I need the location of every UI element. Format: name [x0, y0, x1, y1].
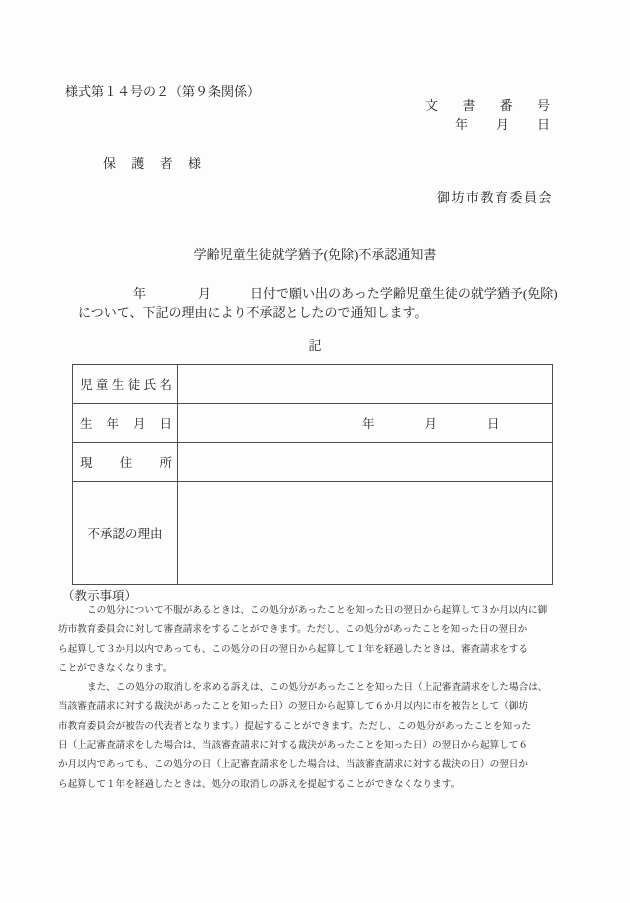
- document-date-line: 年月日: [455, 115, 550, 134]
- document-title: 学齢児童生徒就学猶予(免除)不承認通知書: [0, 244, 630, 263]
- field-label-student-name: 児童生徒氏名: [73, 365, 178, 404]
- body-line-1: 年 月 日付で願い出のあった学齢児童生徒の就学猶予(免除): [133, 283, 558, 302]
- record-marker: 記: [0, 335, 630, 354]
- table-row-reason: 不承認の理由: [73, 482, 553, 585]
- field-value-birthdate: 年 月 日: [178, 404, 553, 443]
- notes-p2-line: また、この処分の取消しを求める訴えは、この処分があったことを知った日（上記審査請…: [58, 678, 558, 697]
- table-row-student-name: 児童生徒氏名: [73, 365, 553, 404]
- document-page: 様式第１４号の２（第９条関係） 文書番号 年月日 保護者様 御坊市教育委員会 学…: [0, 0, 630, 903]
- form-number: 様式第１４号の２（第９条関係）: [65, 81, 260, 100]
- notes-p2-line: 日（上記審査請求をした場合は、当該審査請求に対する裁決があったことを知った日）の…: [58, 736, 558, 755]
- issuer-name: 御坊市教育委員会: [300, 187, 553, 206]
- field-label-birthdate: 生年月日: [73, 404, 178, 443]
- notes-block: この処分について不服があるときは、この処分があったことを知った日の翌日から起算し…: [58, 601, 558, 794]
- table-row-address: 現住所: [73, 443, 553, 482]
- document-number-block: 文書番号 年月日: [425, 96, 550, 134]
- body-line-2: について、下記の理由により不承認としたので通知します。: [78, 302, 427, 321]
- form-table: 児童生徒氏名 生年月日 年 月 日 現住所 不承認の理由: [72, 364, 553, 585]
- field-label-reason: 不承認の理由: [73, 482, 178, 585]
- notes-p1-line: 坊市教育委員会に対して審査請求をすることができます。ただし、この処分があったこと…: [58, 620, 558, 639]
- notes-p2-line: か月以内であっても、この処分の日（上記審査請求をした場合は、当該審査請求に対する…: [58, 755, 558, 774]
- field-label-address: 現住所: [73, 443, 178, 482]
- notes-p1-line: ことができなくなります。: [58, 659, 558, 678]
- field-value-address: [178, 443, 553, 482]
- recipient-line: 保護者様: [103, 153, 201, 172]
- field-value-reason: [178, 482, 553, 585]
- notes-p2-line: 市教育委員会が被告の代表者となります。）提起することができます。ただし、この処分…: [58, 717, 558, 736]
- document-number-label: 文書番号: [425, 96, 550, 115]
- notes-p2-line: ら起算して１年を経過したときは、処分の取消しの訴えを提起することができなくなりま…: [58, 775, 558, 794]
- table-row-birthdate: 生年月日 年 月 日: [73, 404, 553, 443]
- field-value-student-name: [178, 365, 553, 404]
- notes-p2-line: 当該審査請求に対する裁決があったことを知った日）の翌日から起算して６か月以内に市…: [58, 697, 558, 716]
- notes-p1-line: ら起算して３か月以内であっても、この処分の日の翌日から起算して１年を経過したとき…: [58, 640, 558, 659]
- notes-p1-line: この処分について不服があるときは、この処分があったことを知った日の翌日から起算し…: [58, 601, 558, 620]
